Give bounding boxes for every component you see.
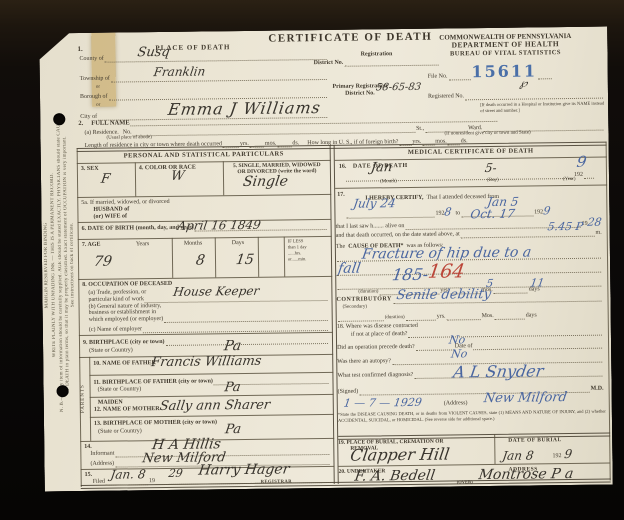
duration-days-value: 11 (530, 277, 546, 288)
test-label: What test confirmed diagnosis? (337, 372, 413, 380)
state-country-note: (State or Country) (89, 347, 133, 354)
age-months-value: 8 (195, 253, 206, 267)
rule-line (90, 414, 334, 418)
occupation-c-label: (c) Name of employer (89, 326, 142, 334)
punch-hole (57, 385, 69, 397)
last-saw-value: Oct. 17 (470, 208, 516, 221)
disease-contracted-label2: if not at place of death? (351, 331, 408, 339)
photo-background: MARGIN RESERVED FOR BINDING WRITE PLAINL… (0, 0, 624, 520)
dotted-leader (408, 328, 602, 338)
yrs-label: yrs. (437, 314, 446, 321)
father-birthplace-label: 11. BIRTHPLACE OF FATHER (city or town) (93, 379, 212, 387)
secondary-caption: (Secondary) (343, 305, 368, 311)
medical-title: MEDICAL CERTIFICATE OF DEATH (335, 147, 607, 158)
dotted-leader (338, 313, 384, 322)
burial-date-label: DATE OF BURIAL (508, 437, 562, 444)
occupation-value: House Keeper (173, 285, 261, 298)
registrar-label: REGISTRAR (261, 478, 292, 484)
to-year-value: 9 (542, 205, 551, 216)
md-label: M.D. (591, 386, 604, 393)
dotted-leader (337, 265, 601, 276)
registered-no-label: Registered No. (428, 93, 464, 100)
dotted-leader (448, 72, 470, 80)
disease-contracted-line2: if not at place of death? (351, 328, 603, 339)
year-caption: (Year) (563, 177, 576, 183)
or-label: or (96, 103, 100, 109)
ifless-note: than 1 day (288, 244, 307, 249)
father-name-value: Francis Williams (150, 355, 262, 369)
dotted-leader (473, 341, 602, 351)
hospital-note: [If death occurred in a Hospital or Inst… (480, 101, 604, 114)
dotted-leader (495, 312, 525, 320)
contributory-value: Senile debility (396, 288, 492, 302)
filed-date-value: Jan. 8 (110, 468, 147, 480)
personal-title: PERSONAL AND STATISTICAL PARTICULARS (77, 150, 331, 161)
informant-label: Informant (90, 451, 114, 458)
rule-line (258, 237, 259, 277)
dob-value: April 16 1849 (177, 219, 262, 232)
days-label: days (526, 313, 537, 320)
rule-line (77, 194, 331, 198)
birthplace-row: 9. BIRTHPLACE (city or town) (83, 336, 329, 347)
date-of-death-number: 16. (339, 164, 347, 171)
dotted-leader (584, 171, 594, 179)
mos-label: Mos. (482, 313, 494, 320)
dotted-leader (111, 72, 327, 83)
sex-label: 3. SEX (81, 166, 99, 173)
father-birthplace-row: 11. BIRTHPLACE OF FATHER (city or town) (93, 376, 329, 387)
dotted-leader (164, 313, 328, 323)
dotted-leader (406, 313, 436, 321)
burial-place-value: Clapper Hill (349, 446, 450, 463)
rule-line (135, 162, 136, 196)
father-birthplace-value: Pa (224, 381, 242, 394)
commonwealth-block: COMMONWEALTH OF PENNSYLVANIA DEPARTMENT … (405, 32, 605, 59)
rule-line (90, 394, 334, 398)
cause-code-red: 164 (427, 262, 466, 281)
township-label: Township of (80, 76, 110, 83)
sex-value: F (100, 173, 111, 186)
autopsy-label: Was there an autopsy? (337, 358, 391, 366)
dotted-leader (133, 125, 416, 136)
month-caption: (Month) (380, 179, 397, 185)
physician-signature: A L Snyder (452, 363, 544, 380)
occupation-title: 8. OCCUPATION OF DECEASED (82, 281, 172, 289)
over-label: (OVER) (457, 479, 473, 484)
last-saw-label: that I last saw h....... alive on (336, 223, 405, 231)
m-label: m. (595, 230, 601, 237)
rule-line (215, 237, 216, 277)
dotted-leader (447, 312, 481, 320)
death-year-value: 9 (576, 155, 588, 170)
physician-address-value: New Milford (483, 391, 568, 405)
death-day-value: 5- (484, 162, 497, 174)
county-value: Susq (137, 46, 171, 59)
death-month-value: Jan (370, 161, 393, 174)
rule-line (78, 276, 332, 280)
from-year-value: 8 (444, 206, 453, 217)
attended-from-value: July 24 (352, 197, 396, 210)
months-label: Months (184, 241, 202, 248)
marital-value: Single (242, 174, 289, 189)
item-2-number: 2. (78, 119, 83, 127)
burial-year-value: 9 (564, 448, 573, 460)
operation-label: Did an operation precede death? (337, 344, 415, 352)
filed-label: Filed (93, 479, 105, 486)
dotted-leader (494, 286, 528, 294)
contributory-label: CONTRIBUTORY (336, 296, 391, 304)
rule-line (172, 238, 173, 278)
mother-birthplace-label: 13. BIRTHPLACE OF MOTHER (city or town) (94, 419, 217, 427)
wife-of-label: (or) WIFE of (93, 213, 127, 220)
age-years-value: 79 (93, 255, 113, 269)
county-label: County of (80, 56, 104, 63)
borough-label: Borough of (80, 94, 108, 101)
days-label: Days (232, 240, 244, 247)
rule-line (284, 237, 285, 277)
birthplace-value: Pa (223, 339, 242, 353)
ifless-note: ......hrs. (288, 250, 301, 255)
mother-name-value: Sally ann Sharer (159, 399, 271, 413)
operation-line: Did an operation precede death? Date of (337, 341, 603, 352)
dotted-leader (538, 71, 552, 79)
rule-line (89, 372, 333, 376)
signed-date-value: 1 — 7 — 1929 (343, 397, 423, 409)
certify-number: 17. (337, 192, 345, 199)
day-caption: (Day) (487, 178, 499, 184)
dotted-leader (346, 210, 434, 219)
township-value: Franklin (153, 65, 206, 78)
autopsy-value: No (450, 348, 468, 359)
age-label: 7. AGE (82, 242, 101, 249)
personal-particulars-column: PERSONAL AND STATISTICAL PARTICULARS 3. … (77, 148, 335, 487)
rule-line (89, 357, 91, 441)
death-certificate-card: MARGIN RESERVED FOR BINDING WRITE PLAINL… (39, 27, 613, 492)
rule-line (335, 185, 607, 189)
father-name-label: 10. NAME OF FATHER (93, 360, 156, 368)
registered-no-mark: ℘ (519, 78, 528, 89)
rule-line (494, 434, 495, 464)
full-name-value: Emma J Williams (167, 100, 322, 118)
street-label: St., (416, 126, 424, 133)
cause-pre: The (336, 244, 345, 251)
death-time-value: 5.45 P (547, 221, 584, 232)
medical-certificate-column: MEDICAL CERTIFICATE OF DEATH 16. DATE OF… (335, 145, 611, 484)
burial-year-prefix: 192 (552, 453, 561, 460)
birthplace-label: 9. BIRTHPLACE (city or town) (83, 339, 165, 347)
certificate-form: 1. PLACE OF DEATH CERTIFICATE OF DEATH C… (75, 29, 610, 487)
filed-year-prefix: 19 (149, 478, 155, 485)
occupation-b-row: which employed (or employer) (89, 313, 329, 324)
punch-hole (53, 113, 65, 125)
registration-district-label: District No. (314, 60, 344, 67)
registrar-signature: Harry Hager (198, 462, 291, 477)
death-occurred-label: and that death occurred, on the date sta… (336, 231, 460, 239)
operation-value: No (448, 334, 466, 345)
undertaker-value: F. A. Bedell (354, 469, 436, 484)
dotted-leader (165, 336, 328, 346)
state-country-note: (State or Country) (98, 428, 142, 435)
race-value: W (170, 170, 185, 183)
bureau-line: BUREAU OF VITAL STATISTICS (405, 48, 605, 58)
file-no-row: File No. 15611 (428, 63, 604, 81)
age-days-value: 15 (235, 253, 255, 267)
file-no-label: File No. (428, 74, 448, 81)
ifless-note: or......min. (288, 256, 306, 261)
to-label: to (455, 210, 460, 217)
signed-label: (Signed) (338, 389, 359, 396)
filed-number: 15. (85, 472, 93, 479)
full-name-label: FULL NAME (91, 119, 130, 127)
burial-date-value: Jan 8 (502, 449, 535, 461)
registered-no-row: Registered No. (428, 91, 604, 101)
county-row: County of (79, 52, 327, 63)
state-country-note: (State or Country) (98, 386, 142, 393)
address-label: (Address) (444, 400, 468, 407)
item-1-number: 1. (77, 45, 82, 53)
dotted-leader (344, 58, 438, 67)
primary-district-value: 58-65-83 (375, 83, 421, 94)
or-label: or (96, 85, 100, 91)
mother-birthplace-value: Pa (224, 423, 242, 436)
lastsaw-year-value: 28 (587, 217, 603, 228)
years-label: Years (136, 241, 149, 248)
duration-caption: (duration) (358, 290, 378, 296)
occupation-b-label3: which employed (or employer) (89, 316, 164, 324)
footnote: *State the DISEASE CAUSING DEATH, or in … (338, 409, 606, 424)
mother-name-label: 12. NAME OF MOTHER (94, 406, 160, 414)
race-label: 4. COLOR OR RACE (139, 165, 196, 173)
ifless-note: IF LESS (288, 238, 304, 243)
filed-year-value: 29 (168, 468, 184, 479)
duration2-line: (duration) yrs. Mos. days (337, 311, 603, 322)
parents-side-label: PARENTS (80, 357, 86, 441)
duration-caption: (duration) (385, 315, 405, 321)
undertaker-address-value: Montrose P a (478, 467, 575, 482)
dotted-leader (465, 91, 603, 101)
